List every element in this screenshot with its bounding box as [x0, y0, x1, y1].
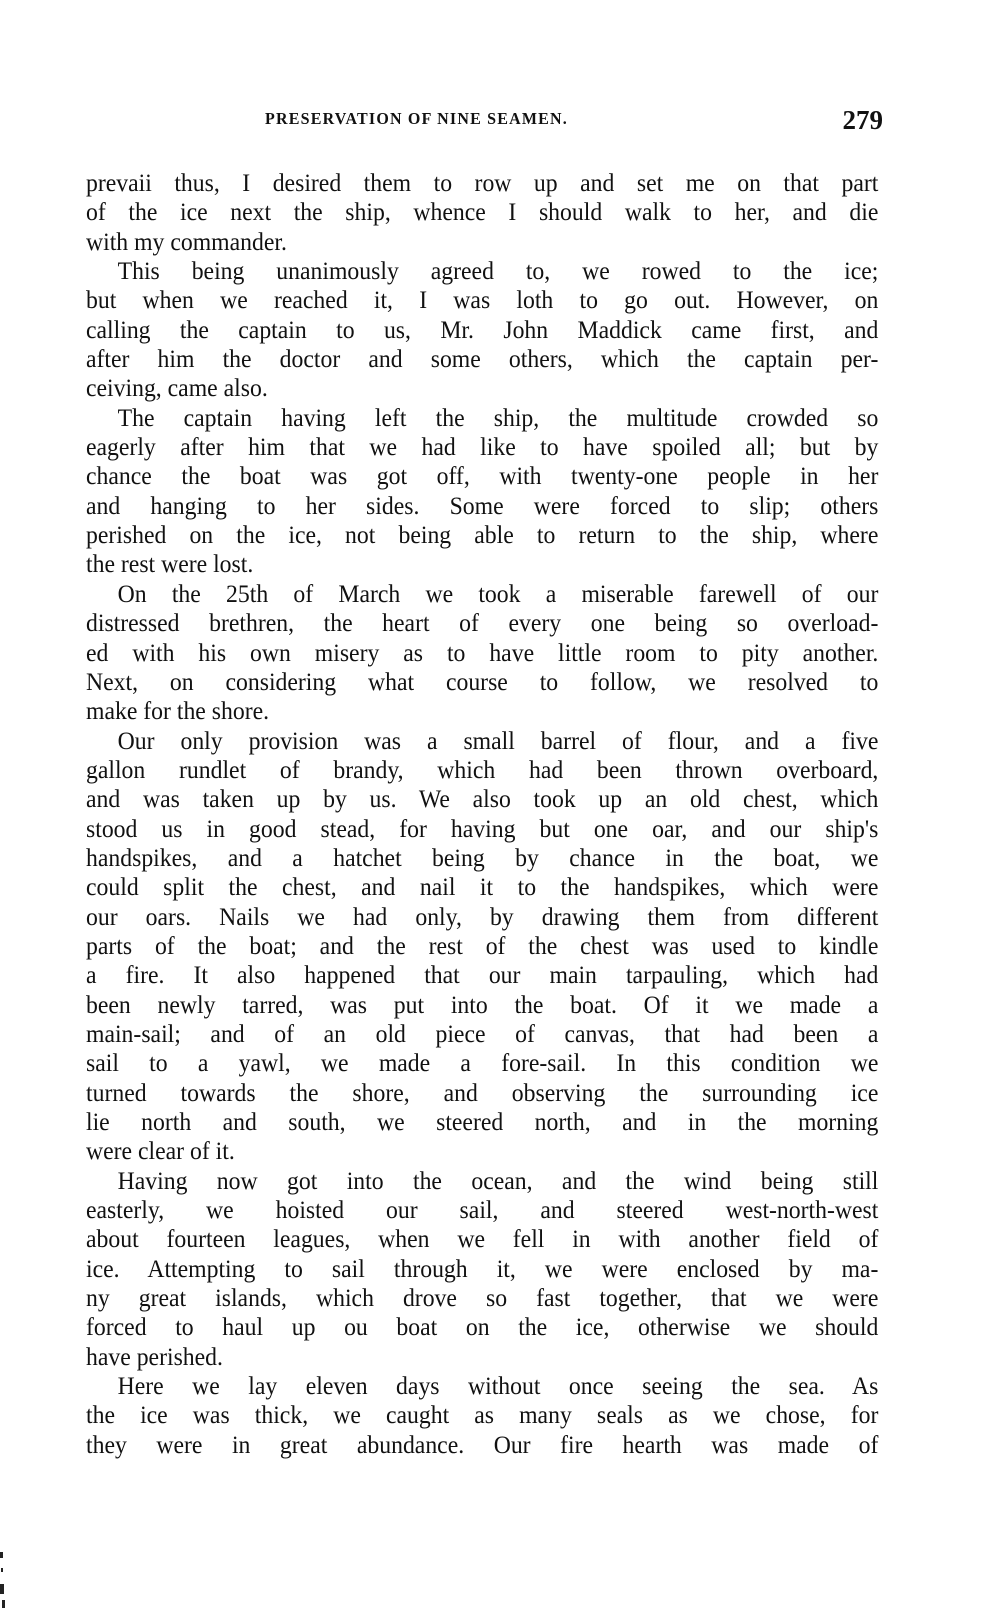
- text-line: the rest were lost.: [86, 549, 878, 578]
- text-line: stood us in good stead, for having but o…: [86, 814, 878, 843]
- text-line: lie north and south, we steered north, a…: [86, 1107, 878, 1136]
- body-text: prevaii thus, I desired them to row up a…: [86, 168, 878, 1459]
- text-line: handspikes, and a hatchet being by chanc…: [86, 843, 878, 872]
- text-line: calling the captain to us, Mr. John Madd…: [86, 315, 878, 344]
- text-line: This being unanimously agreed to, we row…: [86, 256, 878, 285]
- text-line: Our only provision was a small barrel of…: [86, 726, 878, 755]
- text-line: have perished.: [86, 1342, 878, 1371]
- text-line: Here we lay eleven days without once see…: [86, 1371, 878, 1400]
- text-line: and hanging to her sides. Some were forc…: [86, 491, 878, 520]
- text-line: they were in great abundance. Our fire h…: [86, 1430, 878, 1459]
- text-line: distressed brethren, the heart of every …: [86, 608, 878, 637]
- text-line: turned towards the shore, and observing …: [86, 1078, 878, 1107]
- text-line: make for the shore.: [86, 696, 878, 725]
- text-line: eagerly after him that we had like to ha…: [86, 432, 878, 461]
- text-line: perished on the ice, not being able to r…: [86, 520, 878, 549]
- scan-margin-specks: [0, 1540, 12, 1612]
- text-line: could split the chest, and nail it to th…: [86, 872, 878, 901]
- book-page: PRESERVATION OF NINE SEAMEN. 279 prevaii…: [0, 0, 1000, 1612]
- page-number: 279: [843, 105, 884, 136]
- text-line: gallon rundlet of brandy, which had been…: [86, 755, 878, 784]
- text-line: ceiving, came also.: [86, 373, 878, 402]
- text-line: our oars. Nails we had only, by drawing …: [86, 902, 878, 931]
- text-line: chance the boat was got off, with twenty…: [86, 461, 878, 490]
- text-line: about fourteen leagues, when we fell in …: [86, 1224, 878, 1253]
- running-title: PRESERVATION OF NINE SEAMEN.: [265, 111, 568, 130]
- text-line: The captain having left the ship, the mu…: [86, 403, 878, 432]
- text-line: with my commander.: [86, 227, 878, 256]
- text-line: and was taken up by us. We also took up …: [86, 784, 878, 813]
- text-line: ed with his own misery as to have little…: [86, 638, 878, 667]
- text-line: the ice was thick, we caught as many sea…: [86, 1400, 878, 1429]
- text-line: forced to haul up ou boat on the ice, ot…: [86, 1312, 878, 1341]
- text-line: ny great islands, which drove so fast to…: [86, 1283, 878, 1312]
- text-line: were clear of it.: [86, 1136, 878, 1165]
- text-line: of the ice next the ship, whence I shoul…: [86, 197, 878, 226]
- text-line: easterly, we hoisted our sail, and steer…: [86, 1195, 878, 1224]
- text-line: been newly tarred, was put into the boat…: [86, 990, 878, 1019]
- text-line: a fire. It also happened that our main t…: [86, 960, 878, 989]
- text-line: after him the doctor and some others, wh…: [86, 344, 878, 373]
- text-line: but when we reached it, I was loth to go…: [86, 285, 878, 314]
- text-line: prevaii thus, I desired them to row up a…: [86, 168, 878, 197]
- text-line: sail to a yawl, we made a fore-sail. In …: [86, 1048, 878, 1077]
- text-line: On the 25th of March we took a miserable…: [86, 579, 878, 608]
- text-line: ice. Attempting to sail through it, we w…: [86, 1254, 878, 1283]
- running-head: PRESERVATION OF NINE SEAMEN. 279: [265, 111, 885, 141]
- text-line: Next, on considering what course to foll…: [86, 667, 878, 696]
- text-line: main-sail; and of an old piece of canvas…: [86, 1019, 878, 1048]
- text-line: parts of the boat; and the rest of the c…: [86, 931, 878, 960]
- text-line: Having now got into the ocean, and the w…: [86, 1166, 878, 1195]
